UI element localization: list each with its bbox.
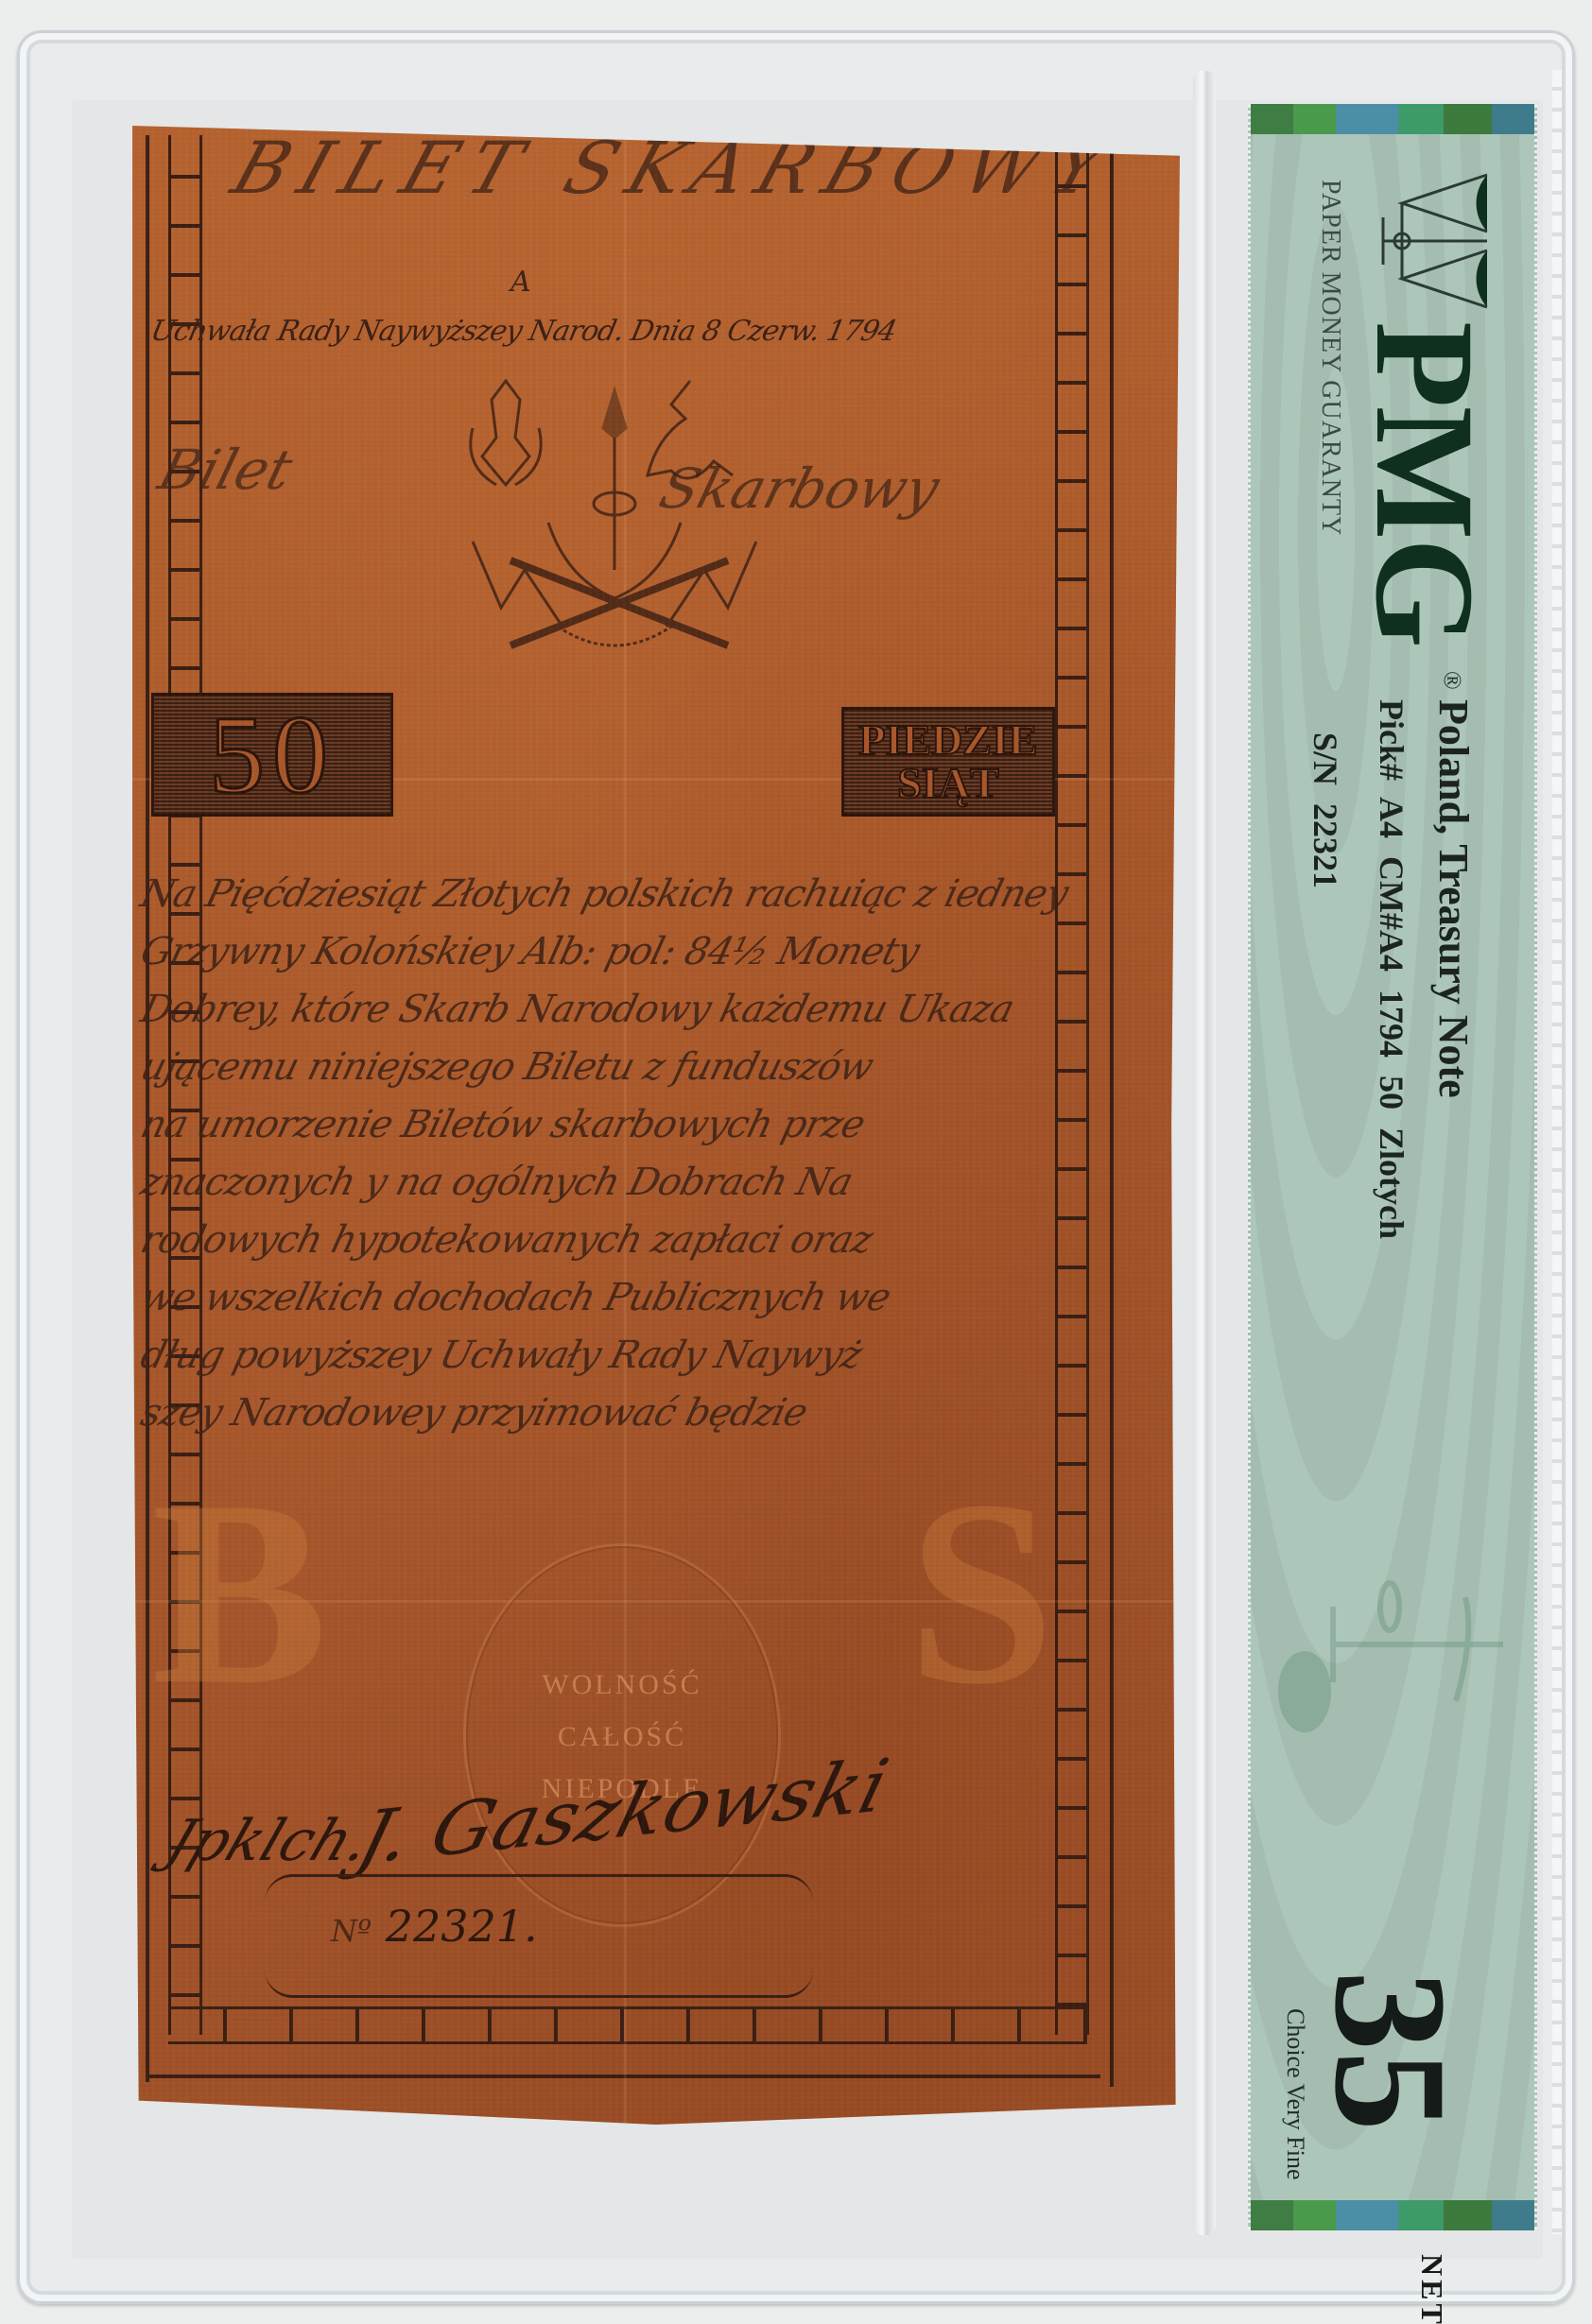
- hologram-strip-bottom: [1251, 2200, 1534, 2230]
- registered-mark: ®: [1438, 671, 1466, 690]
- grade-description: Choice Very Fine: [1281, 2008, 1309, 2180]
- note-text-line: na umorzenie Biletów skarbowych prze: [136, 1103, 869, 1146]
- signature-left: Jpklch.: [158, 1808, 380, 1874]
- seal-line-2: CAŁOŚĆ: [466, 1721, 778, 1753]
- grade-number: 35: [1298, 1971, 1482, 2131]
- catalog-number: CM#A4: [1373, 856, 1410, 972]
- scales-logo-icon: [1364, 161, 1497, 321]
- right-outer-line: [1110, 145, 1114, 2087]
- value-words-line-2: SIĄT: [897, 762, 998, 805]
- serial-value: 22321.: [386, 1901, 538, 1952]
- note-text-line: Grzywny Kolońskiey Alb: pol: 84½ Monety: [136, 930, 923, 973]
- serial-label: S/N: [1306, 732, 1344, 785]
- label-details-line: Pick# A4 CM#A4 1794 50 Zlotych: [1372, 699, 1411, 1239]
- knight-icon: [648, 381, 733, 478]
- holder-divider: [1193, 71, 1216, 2235]
- note-text-line: we wszelkich dochodach Publicznych we: [136, 1276, 894, 1319]
- watermark-letter-s: S: [908, 1439, 1055, 1745]
- issue-year: 1794: [1373, 990, 1410, 1058]
- embossed-seal: WOLNOŚĆ CAŁOŚĆ NIEPODLE: [463, 1543, 781, 1927]
- bottom-outer-line: [146, 2074, 1100, 2078]
- hologram-strip-top: [1251, 104, 1534, 134]
- note-text-line: ującemu niniejszego Biletu z funduszów: [136, 1045, 876, 1089]
- note-text-line: rodowych hypotekowanych zapłaci oraz: [136, 1218, 876, 1262]
- label-title: Poland, Treasury Note: [1429, 699, 1478, 1098]
- denomination: 50 Zlotych: [1373, 1076, 1410, 1239]
- value-numeral-box: 50: [151, 693, 393, 817]
- note-text-line: znaczonych y na ogólnych Dobrach Na: [136, 1161, 857, 1204]
- banknote: BILET SKARBOWY A Uchwała Rady Naywyższey…: [132, 126, 1180, 2125]
- label-serial: S/N 22321: [1306, 732, 1345, 888]
- scales-watermark-icon: [1248, 1550, 1531, 1739]
- value-numeral: 50: [209, 691, 336, 819]
- note-text-line: dług powyższey Uchwały Rady Naywyż: [136, 1334, 866, 1377]
- serial-number: 22321: [1306, 803, 1344, 888]
- pmg-grading-label: PMG ® PAPER MONEY GUARANTY Poland, Treas…: [1248, 104, 1537, 2230]
- note-text-line: Dobrey, które Skarb Narodowy każdemu Uka…: [136, 988, 1017, 1031]
- note-serial-number: Nº 22321.: [331, 1901, 538, 1952]
- right-chain-border: [1055, 145, 1089, 2035]
- resolution-line: Uchwała Rady Naywyższey Narod. Dnia 8 Cz…: [147, 315, 899, 348]
- pmg-wordmark: PMG: [1343, 321, 1506, 646]
- value-words-box: PIEDZIE SIĄT: [841, 707, 1055, 817]
- pick-number: Pick# A4: [1373, 699, 1410, 838]
- coat-of-arms-emblem: [435, 362, 804, 674]
- watermark-letter-b: B: [151, 1439, 328, 1745]
- seal-line-1: WOLNOŚĆ: [466, 1669, 778, 1701]
- serial-prefix: Nº: [331, 1913, 372, 1949]
- eagle-icon: [482, 381, 529, 485]
- net-designation: NET: [1414, 2254, 1449, 2324]
- paper-money-guaranty: PAPER MONEY GUARANTY: [1315, 180, 1345, 536]
- holder-edge-ridge: [1552, 70, 1562, 2234]
- note-text-line: szey Narodowey przyimować będzie: [136, 1391, 811, 1435]
- title-left: Bilet: [152, 438, 300, 502]
- bottom-chain-border: [168, 2006, 1087, 2044]
- note-text-line: Na Pięćdziesiąt Złotych polskich rachuią…: [136, 872, 1072, 916]
- series-letter: A: [510, 266, 531, 299]
- value-words-line-1: PIEDZIE: [858, 718, 1037, 762]
